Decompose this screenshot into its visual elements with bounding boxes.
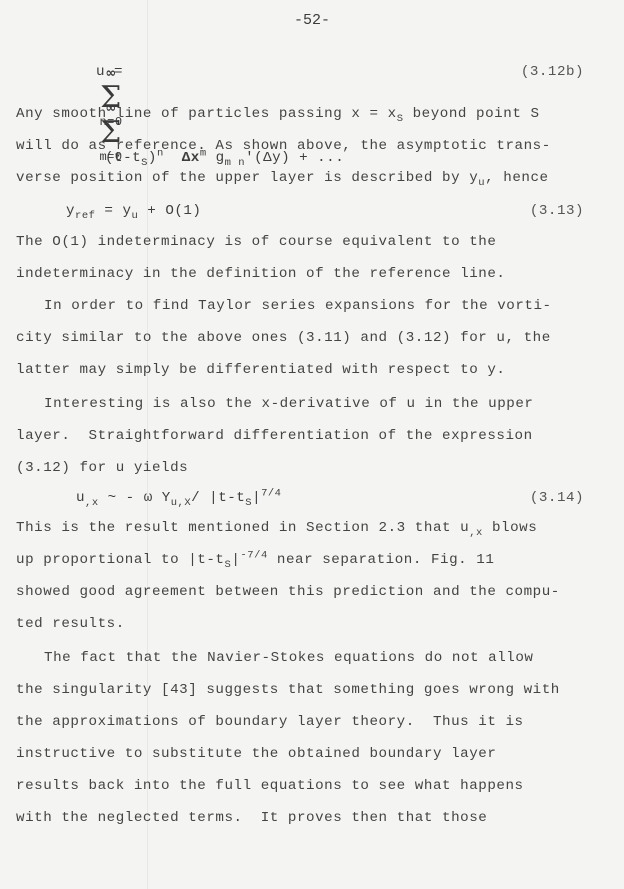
text-line: the singularity [43] suggests that somet… <box>16 682 560 698</box>
page-number: -52- <box>0 12 624 29</box>
text-line: the approximations of boundary layer the… <box>16 714 524 730</box>
equation-number: (3.13) <box>530 203 584 219</box>
text-line: latter may simply be differentiated with… <box>16 362 505 378</box>
text-line: instructive to substitute the obtained b… <box>16 746 496 762</box>
text-line: The fact that the Navier-Stokes equation… <box>44 650 533 666</box>
text-line: city similar to the above ones (3.11) an… <box>16 330 551 346</box>
text-line: Any smooth line of particles passing x =… <box>16 106 540 122</box>
text-line: will do as reference. As shown above, th… <box>16 138 551 154</box>
equation-number: (3.14) <box>530 490 584 506</box>
text-line: In order to find Taylor series expansion… <box>44 298 552 314</box>
text-line: This is the result mentioned in Section … <box>16 520 537 536</box>
equation-number: (3.12b) <box>521 64 584 80</box>
text-line: (3.12) for u yields <box>16 460 188 476</box>
text-line: Interesting is also the x-derivative of … <box>44 396 533 412</box>
text-line: verse position of the upper layer is des… <box>16 170 549 186</box>
equation-3-14: u,x ~ - ω Yu,X/ |t-tS|7/4 <box>76 490 281 506</box>
sum-upper: ∞ <box>96 66 126 81</box>
text-line: up proportional to |t-tS|-7/4 near separ… <box>16 552 494 568</box>
text-line: ted results. <box>16 616 125 632</box>
equation-3-13: yref = yu + O(1) <box>66 203 201 219</box>
text-line: The O(1) indeterminacy is of course equi… <box>16 234 496 250</box>
text-line: indeterminacy in the definition of the r… <box>16 266 505 282</box>
text-line: showed good agreement between this predi… <box>16 584 560 600</box>
text-line: results back into the full equations to … <box>16 778 524 794</box>
text-line: with the neglected terms. It proves then… <box>16 810 487 826</box>
text-line: layer. Straightforward differentiation o… <box>16 428 533 444</box>
